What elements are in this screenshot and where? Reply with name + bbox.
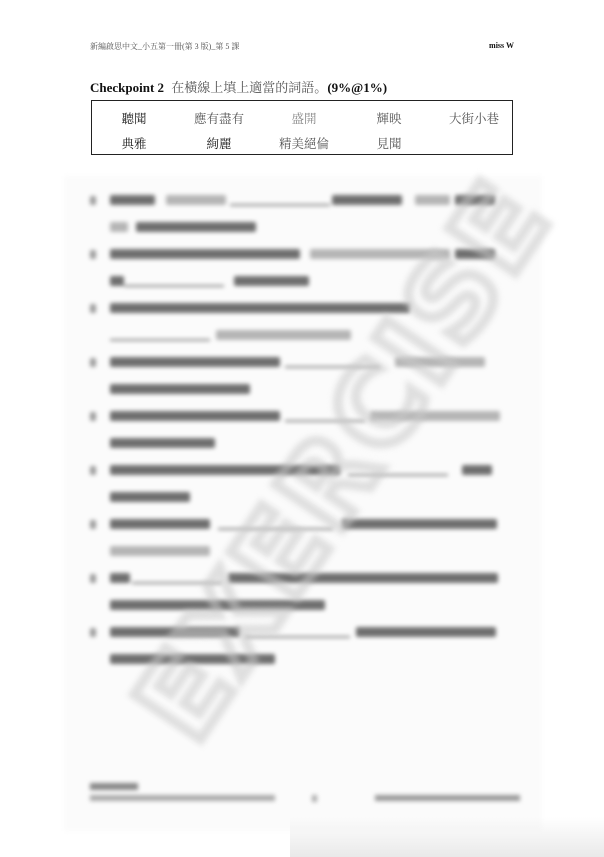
word-bank-item: 應有盡有 — [194, 109, 244, 127]
word-bank-item: 盛開 — [291, 109, 316, 127]
word-bank: 聽聞 應有盡有 盛開 輝映 大街小巷 典雅 絢麗 精美絕倫 見聞 — [91, 100, 513, 155]
word-bank-item: 大街小巷 — [449, 109, 499, 127]
word-bank-item: 典雅 — [121, 134, 146, 152]
checkpoint-score: (9%@1%) — [327, 80, 387, 95]
course-title: 新編啟思中文_小五第一冊(第 3 版)_第 5 課 — [90, 41, 239, 52]
word-bank-item: 絢麗 — [206, 134, 231, 152]
word-bank-item: 輝映 — [376, 109, 401, 127]
page-header: 新編啟思中文_小五第一冊(第 3 版)_第 5 課 miss W — [90, 41, 514, 55]
page-shadow — [290, 817, 604, 857]
word-bank-item: 見聞 — [376, 134, 401, 152]
author-name: miss W — [489, 41, 514, 50]
checkpoint-heading: Checkpoint 2 在橫線上填上適當的詞語。(9%@1%) — [90, 77, 387, 96]
page-footer — [90, 783, 520, 813]
word-bank-item: 聽聞 — [121, 109, 146, 127]
word-bank-item: 精美絕倫 — [279, 134, 329, 152]
checkpoint-label: Checkpoint 2 — [90, 80, 164, 95]
checkpoint-instruction: 在橫線上填上適當的詞語。 — [171, 80, 327, 95]
